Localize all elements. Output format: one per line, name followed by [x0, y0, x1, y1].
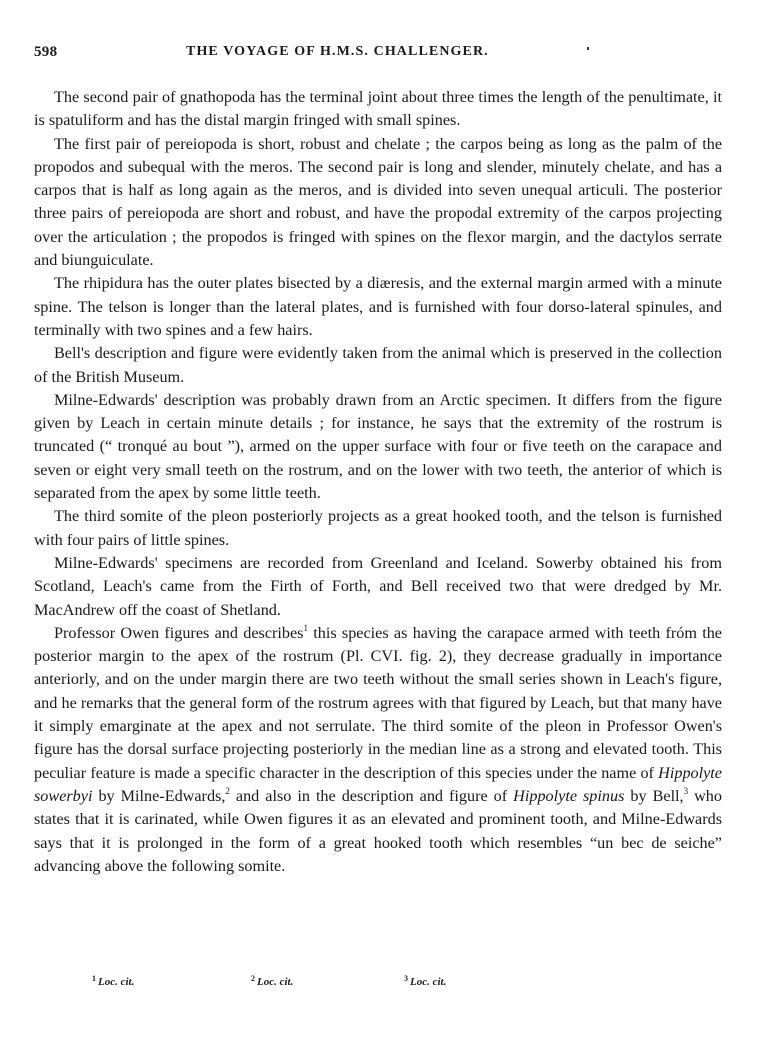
paragraph-specimen-localities: Milne-Edwards' specimens are recorded fr…	[34, 552, 722, 622]
paragraph-bell-description: Bell's description and figure were evide…	[34, 342, 722, 389]
running-head: 598 THE VOYAGE OF H.M.S. CHALLENGER.	[34, 44, 734, 66]
body-text: The second pair of gnathopoda has the te…	[34, 86, 722, 878]
species-name-italic: Hippolyte spinus	[513, 787, 624, 805]
footnote-3: 3Loc. cit.	[404, 974, 446, 988]
page-number: 598	[34, 44, 57, 61]
paragraph-milne-edwards-description: Milne-Edwards' description was probably …	[34, 389, 722, 505]
print-speck	[587, 47, 589, 50]
paragraph-gnathopoda: The second pair of gnathopoda has the te…	[34, 86, 722, 133]
footnotes: 1Loc. cit. 2Loc. cit. 3Loc. cit.	[34, 974, 722, 994]
paragraph-pereiopoda: The first pair of pereiopoda is short, r…	[34, 133, 722, 273]
text-span: Professor Owen figures and describes	[54, 624, 303, 642]
text-span: this species as having the carapace arme…	[34, 624, 722, 782]
footnote-text: Loc. cit.	[410, 976, 446, 988]
footnote-text: Loc. cit.	[98, 976, 134, 988]
paragraph-third-somite: The third somite of the pleon posteriorl…	[34, 505, 722, 552]
running-title: THE VOYAGE OF H.M.S. CHALLENGER.	[186, 44, 489, 60]
footnote-1: 1Loc. cit.	[92, 974, 134, 988]
text-span: by Milne-Edwards,	[92, 787, 225, 805]
text-span: and also in the description and figure o…	[230, 787, 513, 805]
footnote-number: 2	[251, 974, 255, 983]
paragraph-rhipidura: The rhipidura has the outer plates bisec…	[34, 272, 722, 342]
footnote-text: Loc. cit.	[257, 976, 293, 988]
footnote-2: 2Loc. cit.	[251, 974, 293, 988]
footnote-number: 3	[404, 974, 408, 983]
footnote-number: 1	[92, 974, 96, 983]
paragraph-professor-owen: Professor Owen figures and describes1 th…	[34, 622, 722, 878]
text-span: by Bell,	[624, 787, 683, 805]
document-page: 598 THE VOYAGE OF H.M.S. CHALLENGER. The…	[0, 0, 776, 1050]
